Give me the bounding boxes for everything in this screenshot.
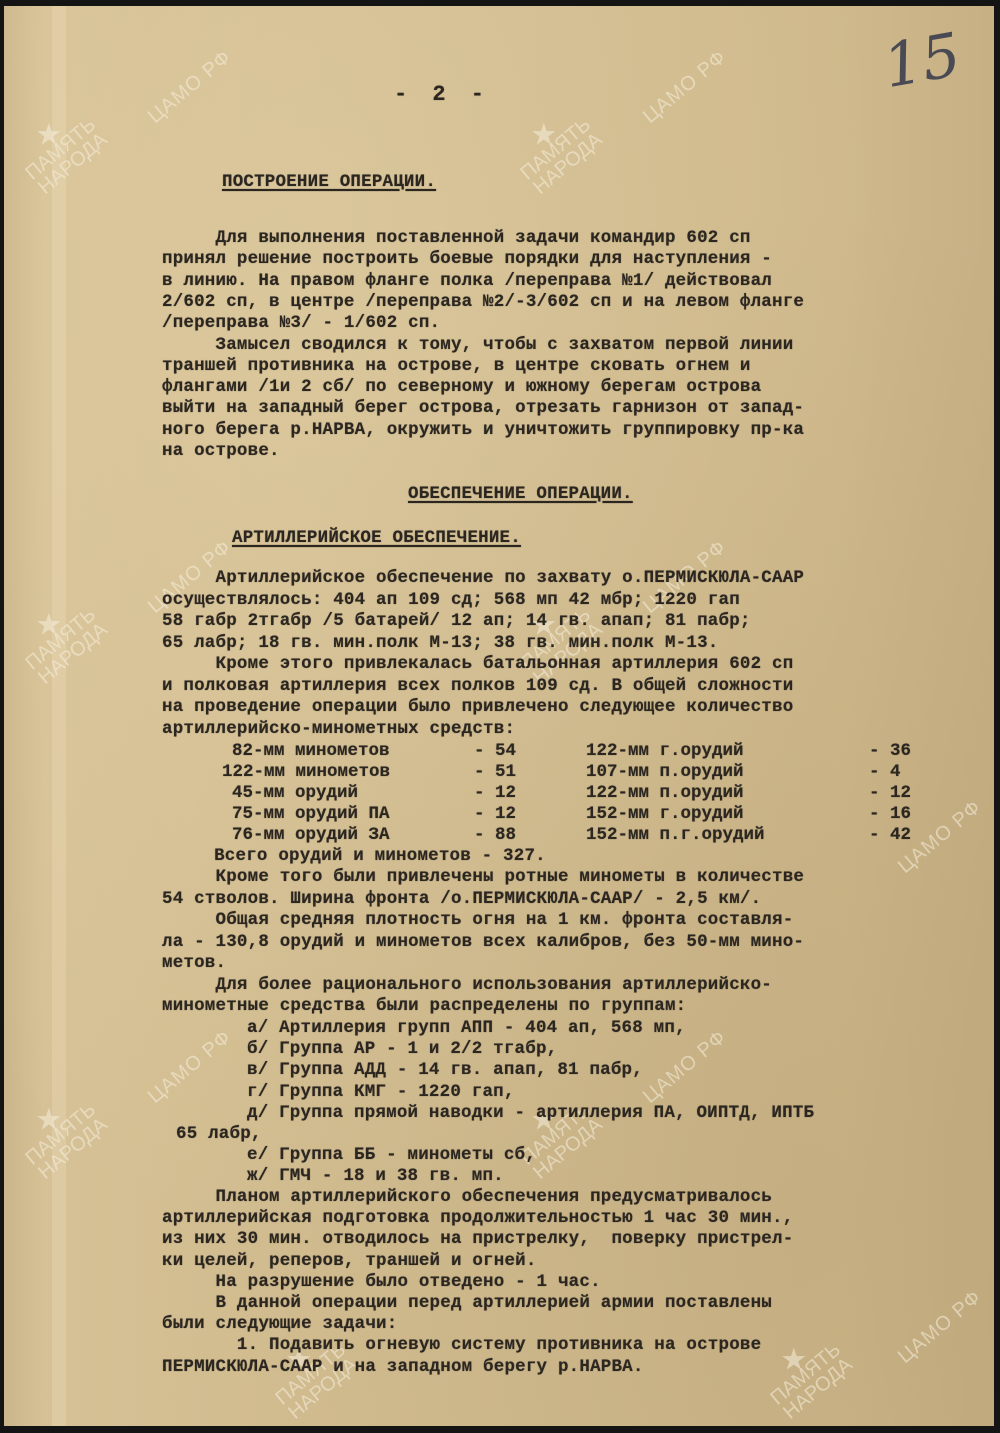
text-line: На разрушение было отведено - 1 час. — [162, 1272, 601, 1292]
text-line: Артиллерийское обеспечение по захвату о.… — [162, 568, 804, 588]
text-line: ного берега р.НАРВА, окружить и уничтожи… — [162, 420, 804, 440]
group-item-continued: 65 лабр, — [176, 1124, 262, 1144]
weapon-count: - 42 — [869, 825, 911, 845]
weapon-name: 122-мм г.орудий — [586, 741, 744, 761]
weapon-count: - 16 — [869, 804, 911, 824]
text-line: ла - 130,8 орудий и минометов всех калиб… — [162, 932, 804, 952]
weapon-name: 76-мм орудий ЗА — [232, 825, 390, 845]
text-line: принял решение построить боевые порядки … — [162, 249, 772, 269]
weapon-count: - 88 — [474, 825, 516, 845]
text-line: Замысел сводился к тому, чтобы с захвато… — [162, 335, 793, 355]
group-item: в/ Группа АДД - 14 гв. апап, 81 пабр, — [247, 1060, 643, 1080]
text-line: 2/602 сп, в центре /переправа №2/-3/602 … — [162, 292, 804, 312]
text-line: /переправа №3/ - 1/602 сп. — [162, 313, 440, 333]
text-line: минометные средства были распределены по… — [162, 996, 686, 1016]
group-item: д/ Группа прямой наводки - артиллерия ПА… — [247, 1103, 814, 1123]
text-line: Для выполнения поставленной задачи коман… — [162, 228, 751, 248]
group-item: ж/ ГМЧ - 18 и 38 гв. мп. — [247, 1166, 504, 1186]
text-line: артиллерийская подготовка продолжительно… — [162, 1208, 793, 1228]
text-line: 54 стволов. Ширина фронта /о.ПЕРМИСКЮЛА-… — [162, 889, 761, 909]
weapon-name: 75-мм орудий ПА — [232, 804, 390, 824]
text-line: Кроме этого привлекалась батальонная арт… — [162, 654, 793, 674]
text-line: в линию. На правом фланге полка /перепра… — [162, 271, 772, 291]
text-line: В данной операции перед артиллерией арми… — [162, 1293, 772, 1313]
weapon-count: - 12 — [869, 783, 911, 803]
weapon-name: 82-мм минометов — [232, 741, 390, 761]
text-line: осуществлялось: 404 ап 109 сд; 568 мп 42… — [162, 590, 740, 610]
text-line: выйти на западный берег острова, отрезат… — [162, 398, 804, 418]
group-item: е/ Группа ББ - минометы сб, — [247, 1145, 536, 1165]
document-page: ЦАМО РФ ЦАМО РФ ЦАМО РФ ЦАМО РФ ЦАМО РФ … — [4, 6, 994, 1426]
text-line: ПЕРМИСКЮЛА-СААР и на западном берегу р.Н… — [162, 1357, 644, 1377]
weapon-name: 107-мм п.орудий — [586, 762, 744, 782]
text-line: Планом артиллерийского обеспечения преду… — [162, 1187, 772, 1207]
text-line: 65 лабр; 18 гв. мин.полк М-13; 38 гв. ми… — [162, 633, 719, 653]
text-line: артиллерийско-минометных средств: — [162, 719, 515, 739]
weapon-count: - 12 — [474, 783, 516, 803]
text-line: траншей противника на острове, в центре … — [162, 356, 751, 376]
weapon-name: 45-мм орудий — [232, 783, 358, 803]
text-line: 1. Подавить огневую систему противника н… — [162, 1335, 761, 1355]
group-item: б/ Группа АР - 1 и 2/2 тгабр, — [247, 1039, 557, 1059]
section-heading-artillery: АРТИЛЛЕРИЙСКОЕ ОБЕСПЕЧЕНИЕ. — [232, 528, 521, 548]
document-body: - 2 - 15 ПОСТРОЕНИЕ ОПЕРАЦИИ. Для выполн… — [4, 6, 994, 1426]
group-item: г/ Группа КМГ - 1220 гап, — [247, 1082, 515, 1102]
section-heading-construction: ПОСТРОЕНИЕ ОПЕРАЦИИ. — [222, 172, 436, 192]
section-heading-support: ОБЕСПЕЧЕНИЕ ОПЕРАЦИИ. — [408, 484, 633, 504]
text-line: ки целей, реперов, траншей и огней. — [162, 1251, 537, 1271]
text-line: на проведение операции было привлечено с… — [162, 697, 793, 717]
weapon-count: - 54 — [474, 741, 516, 761]
text-line: были следующие задачи: — [162, 1314, 397, 1334]
text-line: флангами /1и 2 сб/ по северному и южному… — [162, 377, 761, 397]
weapons-total: Всего орудий и минометов - 327. — [182, 846, 546, 866]
weapon-count: - 51 — [474, 762, 516, 782]
text-line: на острове. — [162, 441, 280, 461]
text-line: Кроме того были привлечены ротные миноме… — [162, 867, 804, 887]
group-item: а/ Артиллерия групп АПП - 404 ап, 568 мп… — [247, 1018, 686, 1038]
text-line: Для более рационального использования ар… — [162, 975, 772, 995]
weapon-count: - 12 — [474, 804, 516, 824]
page-number: - 2 - — [394, 82, 490, 107]
weapon-name: 152-мм п.г.орудий — [586, 825, 765, 845]
weapon-count: - 4 — [869, 762, 901, 782]
weapon-count: - 36 — [869, 741, 911, 761]
text-line: метов. — [162, 953, 226, 973]
weapon-name: 122-мм п.орудий — [586, 783, 744, 803]
weapon-name: 152-мм г.орудий — [586, 804, 744, 824]
text-line: из них 30 мин. отводилось на пристрелку,… — [162, 1229, 793, 1249]
text-line: и полковая артиллерия всех полков 109 сд… — [162, 676, 793, 696]
text-line: 58 габр 2тгабр /5 батарей/ 12 ап; 14 гв.… — [162, 611, 751, 631]
text-line: Общая средняя плотность огня на 1 км. фр… — [162, 910, 793, 930]
handwritten-sheet-number: 15 — [879, 20, 966, 102]
weapon-name: 122-мм минометов — [222, 762, 390, 782]
